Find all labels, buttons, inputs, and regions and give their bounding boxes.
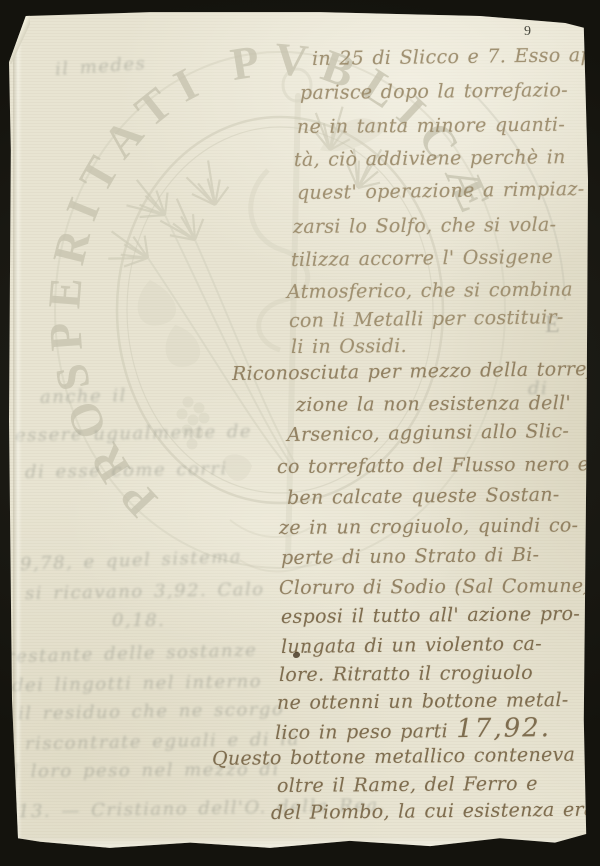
bleedthrough-line: il medes <box>54 55 146 79</box>
manuscript-line: con li Metalli per costituir- <box>289 308 564 331</box>
manuscript-page: PROSPERITATI PVBLICÆ <box>0 0 600 866</box>
manuscript-line: Arsenico, aggiunsi allo Slic- <box>287 422 569 445</box>
paper-fold-corner <box>8 14 30 64</box>
paper-crease <box>13 22 22 840</box>
page-number: 9 <box>524 24 532 40</box>
scan-background: PROSPERITATI PVBLICÆ <box>0 0 600 866</box>
bleedthrough-line: il residuo che ne scorgo <box>18 701 285 724</box>
manuscript-line: lungata di un violento ca- <box>281 635 542 657</box>
manuscript-line: Riconosciuta per mezzo della torrefa- <box>232 360 600 384</box>
bleedthrough-line: 0,18. <box>112 612 165 630</box>
manuscript-line: parisce dopo la torrefazio- <box>300 81 568 103</box>
manuscript-line: oltre il Rame, del Ferro e <box>277 775 538 796</box>
bleedthrough-line: 9,78, e quel sistema <box>20 548 243 574</box>
weight-line-text: lico in peso parti <box>275 720 448 744</box>
manuscript-line: ne ottenni un bottone metal- <box>277 691 569 713</box>
manuscript-line: esposi il tutto all' azione pro- <box>281 605 580 627</box>
manuscript-line-weight: lico in peso parti 17,92. <box>275 715 551 744</box>
manuscript-line: tà, ciò addiviene perchè in <box>294 148 566 170</box>
manuscript-line: perte di uno Strato di Bi- <box>281 546 540 568</box>
manuscript-line: co torrefatto del Flusso nero e <box>277 455 589 477</box>
manuscript-line: del Piombo, la cui esistenza era <box>271 801 596 823</box>
bleedthrough-line: anche il <box>40 387 127 407</box>
manuscript-line: li in Ossidi. <box>291 337 407 357</box>
manuscript-line: Questo bottone metallico conteneva però <box>212 745 600 769</box>
manuscript-line: ne in tanta minore quanti- <box>297 116 565 137</box>
bleedthrough-line: restante delle sostanze <box>6 642 258 667</box>
bleedthrough-line: di esse come corri <box>25 460 228 482</box>
manuscript-line: in 25 di Slicco e 7. Esso ap- <box>312 46 600 69</box>
manuscript-line: zarsi lo Solfo, che si vola- <box>293 216 557 237</box>
weight-value: 17,92. <box>456 713 551 744</box>
manuscript-line: ze in un crogiuolo, quindi co- <box>279 516 578 538</box>
manuscript-line: zione la non esistenza dell' <box>296 394 571 415</box>
bleedthrough-line: si ricavano 3,92. Calo <box>25 581 265 603</box>
bleedthrough-line: essere ugualmente de <box>15 423 252 445</box>
manuscript-line: Atmosferico, che si combina <box>287 281 573 302</box>
paper-deckle-edge <box>12 836 585 850</box>
manuscript-line: Cloruro di Sodio (Sal Comune) <box>279 577 591 598</box>
manuscript-line: tilizza accorre l' Ossigene <box>291 248 553 270</box>
manuscript-line: ben calcate queste Sostan- <box>287 486 560 508</box>
bleedthrough-line: dei lingotti nel interno <box>12 673 262 695</box>
manuscript-line: lore. Ritratto il crogiuolo <box>279 664 533 685</box>
manuscript-line: quest' operazione a rimpiaz- <box>297 180 585 203</box>
